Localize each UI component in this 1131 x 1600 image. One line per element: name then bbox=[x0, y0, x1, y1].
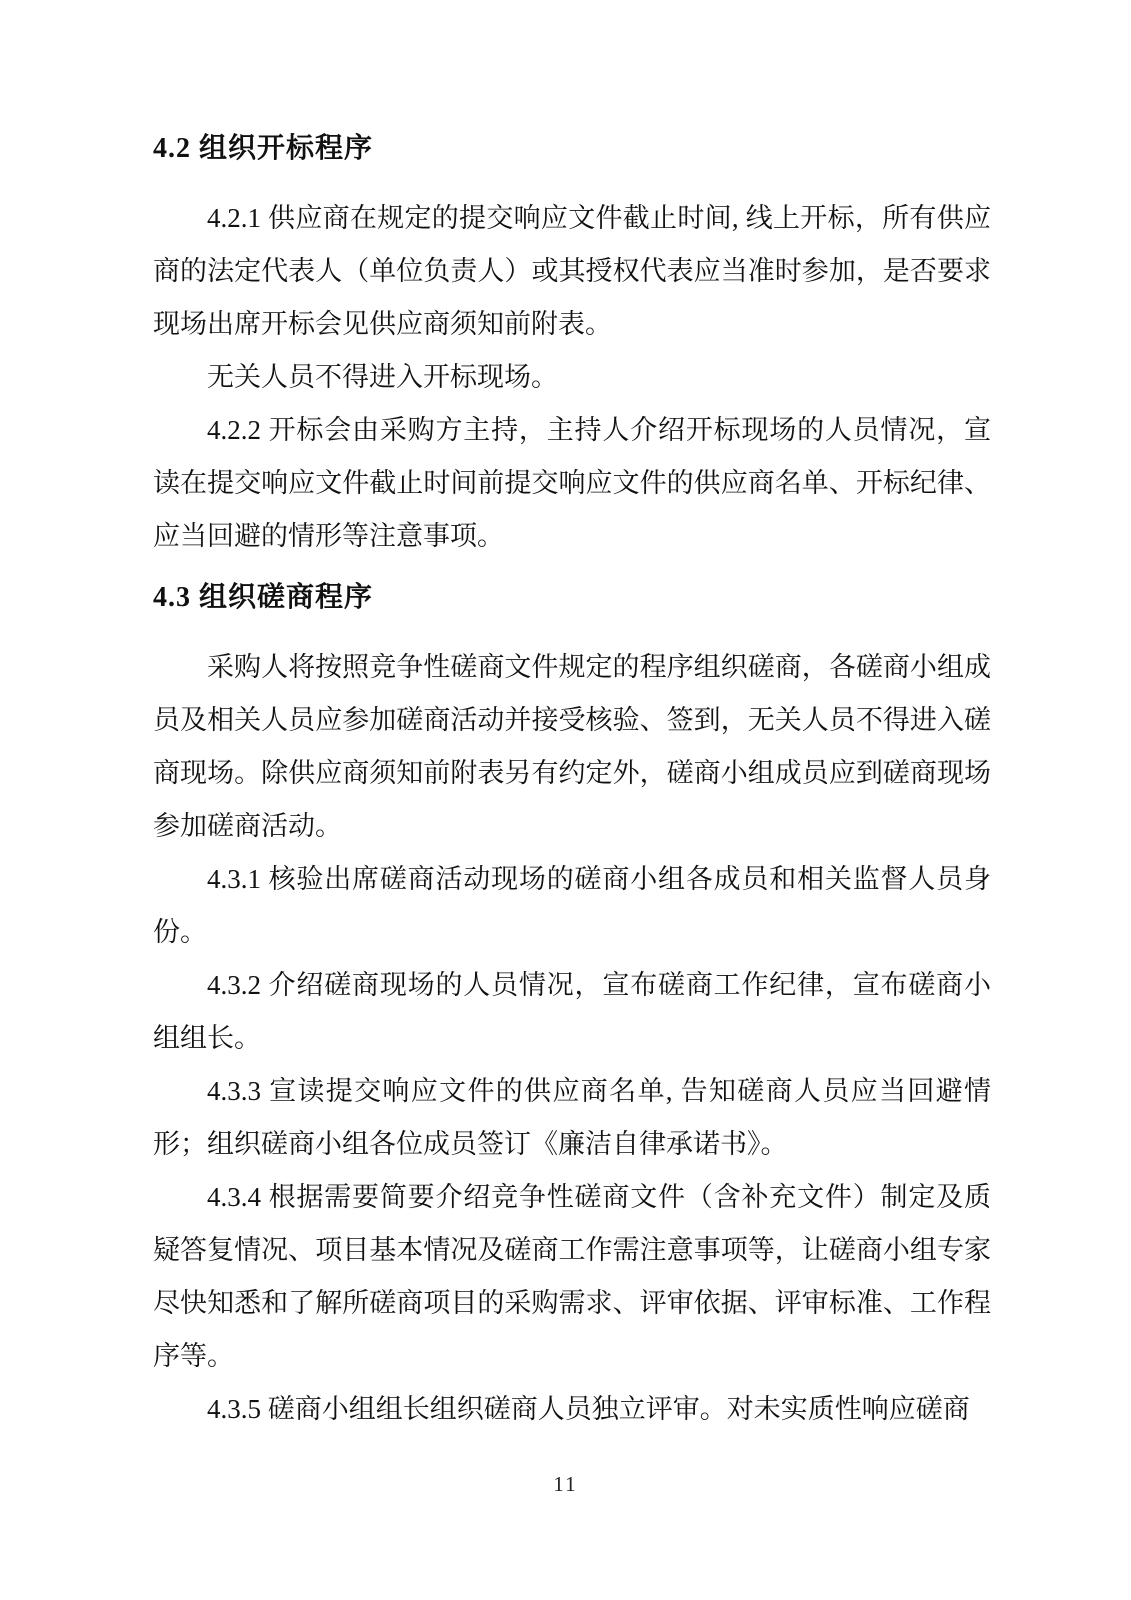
paragraph: 4.3.5 磋商小组组长组织磋商人员独立评审。对未实质性响应磋商 bbox=[153, 1383, 991, 1436]
document-page: 4.2 组织开标程序 4.2.1 供应商在规定的提交响应文件截止时间, 线上开标… bbox=[0, 0, 1131, 1600]
document-content: 4.2 组织开标程序 4.2.1 供应商在规定的提交响应文件截止时间, 线上开标… bbox=[153, 114, 991, 1436]
paragraph: 4.3.4 根据需要简要介绍竞争性磋商文件（含补充文件）制定及质疑答复情况、项目… bbox=[153, 1171, 991, 1383]
section-opening-procedure: 4.2 组织开标程序 4.2.1 供应商在规定的提交响应文件截止时间, 线上开标… bbox=[153, 122, 991, 563]
section-heading: 4.3 组织磋商程序 bbox=[153, 571, 991, 624]
paragraph: 4.3.2 介绍磋商现场的人员情况，宣布磋商工作纪律，宣布磋商小组组长。 bbox=[153, 959, 991, 1065]
paragraph: 4.2.2 开标会由采购方主持，主持人介绍开标现场的人员情况，宣读在提交响应文件… bbox=[153, 404, 991, 563]
paragraph: 4.3.3 宣读提交响应文件的供应商名单, 告知磋商人员应当回避情形；组织磋商小… bbox=[153, 1065, 991, 1171]
section-negotiation-procedure: 4.3 组织磋商程序 采购人将按照竞争性磋商文件规定的程序组织磋商，各磋商小组成… bbox=[153, 571, 991, 1436]
page-number: 11 bbox=[553, 1472, 577, 1496]
section-heading: 4.2 组织开标程序 bbox=[153, 122, 991, 175]
paragraph: 采购人将按照竞争性磋商文件规定的程序组织磋商，各磋商小组成员及相关人员应参加磋商… bbox=[153, 641, 991, 853]
paragraph: 4.2.1 供应商在规定的提交响应文件截止时间, 线上开标，所有供应商的法定代表… bbox=[153, 192, 991, 351]
paragraph: 无关人员不得进入开标现场。 bbox=[153, 351, 991, 404]
paragraph: 4.3.1 核验出席磋商活动现场的磋商小组各成员和相关监督人员身份。 bbox=[153, 853, 991, 959]
page-footer: 11 bbox=[0, 1472, 1131, 1497]
